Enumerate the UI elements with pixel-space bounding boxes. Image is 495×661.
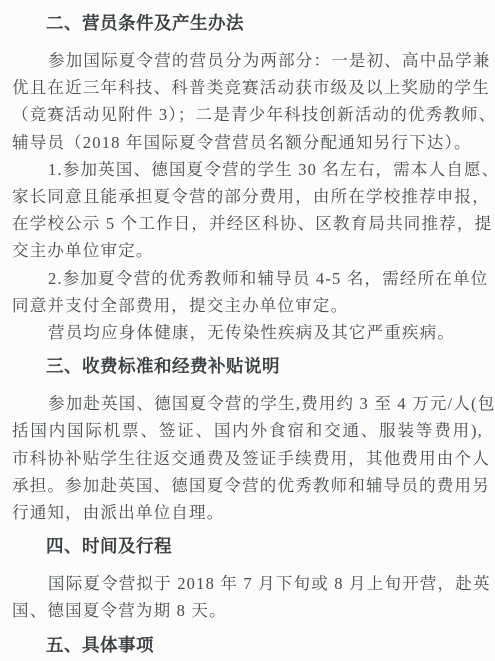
paragraph-line: 同意并支付全部费用，提交主办单位审定。 bbox=[12, 292, 483, 319]
paragraph-student-selection: 1.参加英国、德国夏令营的学生 30 名左右，需本人自愿、 家长同意且能承担夏令… bbox=[12, 156, 483, 265]
paragraph-camper-overview: 参加国际夏令营的营员分为两部分：一是初、高中品学兼 优且在近三年科技、科普类竞赛… bbox=[12, 47, 483, 156]
paragraph-health-requirement: 营员均应身体健康，无传染性疾病及其它严重疾病。 bbox=[12, 319, 483, 346]
paragraph-line: 市科协补贴学生往返交通费及签证手续费用，其他费用由个人 bbox=[12, 445, 483, 472]
paragraph-teacher-selection: 2.参加夏令营的优秀教师和辅导员 4-5 名，需经所在单位 同意并支付全部费用，… bbox=[12, 265, 483, 319]
document-page: 二、营员条件及产生办法 参加国际夏令营的营员分为两部分：一是初、高中品学兼 优且… bbox=[0, 0, 495, 661]
paragraph-line: 在学校公示 5 个工作日，并经区科协、区教育局共同推荐，提 bbox=[12, 210, 483, 237]
paragraph-line: 国、德国夏令营为期 8 天。 bbox=[12, 597, 483, 624]
paragraph-line: 辅导员（2018 年国际夏令营营员名额分配通知另行下达）。 bbox=[12, 129, 483, 156]
paragraph-line: 1.参加英国、德国夏令营的学生 30 名左右，需本人自愿、 bbox=[12, 156, 483, 183]
paragraph-line: 2.参加夏令营的优秀教师和辅导员 4-5 名，需经所在单位 bbox=[12, 265, 483, 292]
paragraph-line: 行通知，由派出单位自理。 bbox=[12, 499, 483, 526]
paragraph-fees-detail: 参加赴英国、德国夏令营的学生,费用约 3 至 4 万元/人(包 括国内国际机票、… bbox=[12, 390, 483, 526]
section-heading-fees: 三、收费标准和经费补贴说明 bbox=[12, 355, 483, 377]
paragraph-line: 国际夏令营拟于 2018 年 7 月下旬或 8 月上旬开营，赴英 bbox=[12, 570, 483, 597]
paragraph-line: 家长同意且能承担夏令营的部分费用，由所在学校推荐申报， bbox=[12, 183, 483, 210]
paragraph-line: 交主办单位审定。 bbox=[12, 237, 483, 264]
paragraph-line: 括国内国际机票、签证、国内外食宿和交通、服装等费用), bbox=[12, 417, 483, 444]
section-heading-schedule: 四、时间及行程 bbox=[12, 535, 483, 557]
section-heading-specific-matters: 五、具体事项 bbox=[12, 634, 483, 656]
paragraph-line: 营员均应身体健康，无传染性疾病及其它严重疾病。 bbox=[12, 319, 483, 346]
paragraph-line: 承担。参加赴英国、德国夏令营的优秀教师和辅导员的费用另 bbox=[12, 472, 483, 499]
paragraph-line: （竞赛活动见附件 3）；二是青少年科技创新活动的优秀教师、 bbox=[12, 101, 483, 128]
paragraph-line: 优且在近三年科技、科普类竞赛活动获市级及以上奖励的学生 bbox=[12, 74, 483, 101]
paragraph-line: 参加国际夏令营的营员分为两部分：一是初、高中品学兼 bbox=[12, 47, 483, 74]
section-heading-camper-conditions: 二、营员条件及产生办法 bbox=[12, 12, 483, 34]
paragraph-line: 参加赴英国、德国夏令营的学生,费用约 3 至 4 万元/人(包 bbox=[12, 390, 483, 417]
paragraph-schedule-detail: 国际夏令营拟于 2018 年 7 月下旬或 8 月上旬开营，赴英 国、德国夏令营… bbox=[12, 570, 483, 624]
